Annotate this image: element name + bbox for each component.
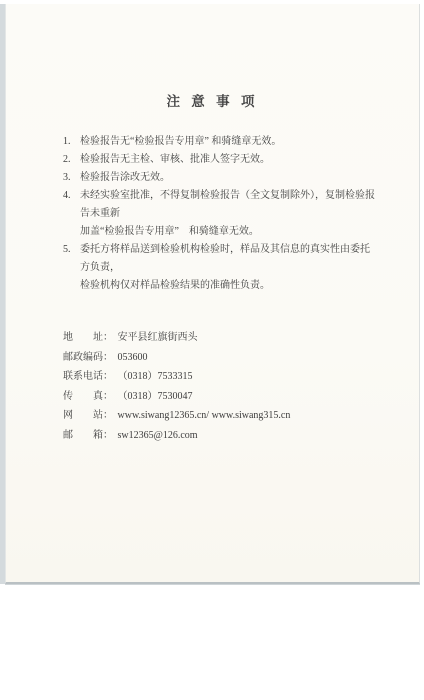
notice-number: 3. [63, 169, 80, 187]
contact-value: （0318）7533315 [118, 367, 193, 387]
notice-text: 检验报告无“检验报告专用章” 和骑缝章无效。 [80, 133, 375, 151]
notice-line: 检验报告无“检验报告专用章” 和骑缝章无效。 [80, 133, 375, 151]
scanned-page: 注 意 事 项 1. 检验报告无“检验报告专用章” 和骑缝章无效。 2. 检验报… [5, 4, 420, 584]
notice-line: 未经实验室批准，不得复制检验报告（全文复制除外），复制检验报告未重新 [80, 187, 375, 223]
contact-value: 安平县红旗街西头 [118, 328, 198, 348]
notice-item: 2. 检验报告无主检、审核、批准人签字无效。 [63, 151, 375, 169]
notice-line: 检验报告涂改无效。 [80, 169, 375, 187]
contact-label: 地 址： [63, 328, 113, 348]
page-title: 注 意 事 项 [6, 90, 419, 110]
contact-label: 网 站： [63, 406, 113, 426]
contact-value: sw12365@126.com [118, 426, 198, 446]
contact-row: 联系电话： （0318）7533315 [63, 367, 393, 387]
contact-label: 联系电话： [63, 367, 113, 387]
contact-label: 邮 箱： [63, 426, 113, 446]
notice-line: 检验机构仅对样品检验结果的准确性负责。 [80, 277, 375, 295]
notice-number: 4. [63, 187, 80, 205]
notice-line: 加盖“检验报告专用章” 和骑缝章无效。 [80, 223, 375, 241]
notice-item: 5. 委托方将样品送到检验机构检验时，样品及其信息的真实性由委托方负责， 检验机… [63, 241, 375, 295]
notice-text: 检验报告涂改无效。 [80, 169, 375, 187]
notice-list: 1. 检验报告无“检验报告专用章” 和骑缝章无效。 2. 检验报告无主检、审核、… [63, 133, 375, 295]
notice-number: 2. [63, 151, 80, 169]
contact-value: （0318）7530047 [118, 387, 193, 407]
notice-line: 检验报告无主检、审核、批准人签字无效。 [80, 151, 375, 169]
notice-item: 3. 检验报告涂改无效。 [63, 169, 375, 187]
notice-text: 未经实验室批准，不得复制检验报告（全文复制除外），复制检验报告未重新 加盖“检验… [80, 187, 375, 241]
notice-item: 1. 检验报告无“检验报告专用章” 和骑缝章无效。 [63, 133, 375, 151]
contact-row: 邮政编码： 053600 [63, 348, 393, 368]
contact-label: 传 真： [63, 387, 113, 407]
contact-row: 网 站： www.siwang12365.cn/ www.siwang315.c… [63, 406, 393, 426]
contact-list: 地 址： 安平县红旗街西头 邮政编码： 053600 联系电话： （0318）7… [63, 328, 393, 445]
notice-number: 5. [63, 241, 80, 259]
notice-text: 委托方将样品送到检验机构检验时，样品及其信息的真实性由委托方负责， 检验机构仅对… [80, 241, 375, 295]
notice-number: 1. [63, 133, 80, 151]
notice-line: 委托方将样品送到检验机构检验时，样品及其信息的真实性由委托方负责， [80, 241, 375, 277]
notice-text: 检验报告无主检、审核、批准人签字无效。 [80, 151, 375, 169]
contact-value: 053600 [118, 348, 148, 368]
contact-label: 邮政编码： [63, 348, 113, 368]
contact-value: www.siwang12365.cn/ www.siwang315.cn [118, 406, 291, 426]
notice-item: 4. 未经实验室批准，不得复制检验报告（全文复制除外），复制检验报告未重新 加盖… [63, 187, 375, 241]
contact-row: 邮 箱： sw12365@126.com [63, 426, 393, 446]
contact-row: 传 真： （0318）7530047 [63, 387, 393, 407]
contact-row: 地 址： 安平县红旗街西头 [63, 328, 393, 348]
